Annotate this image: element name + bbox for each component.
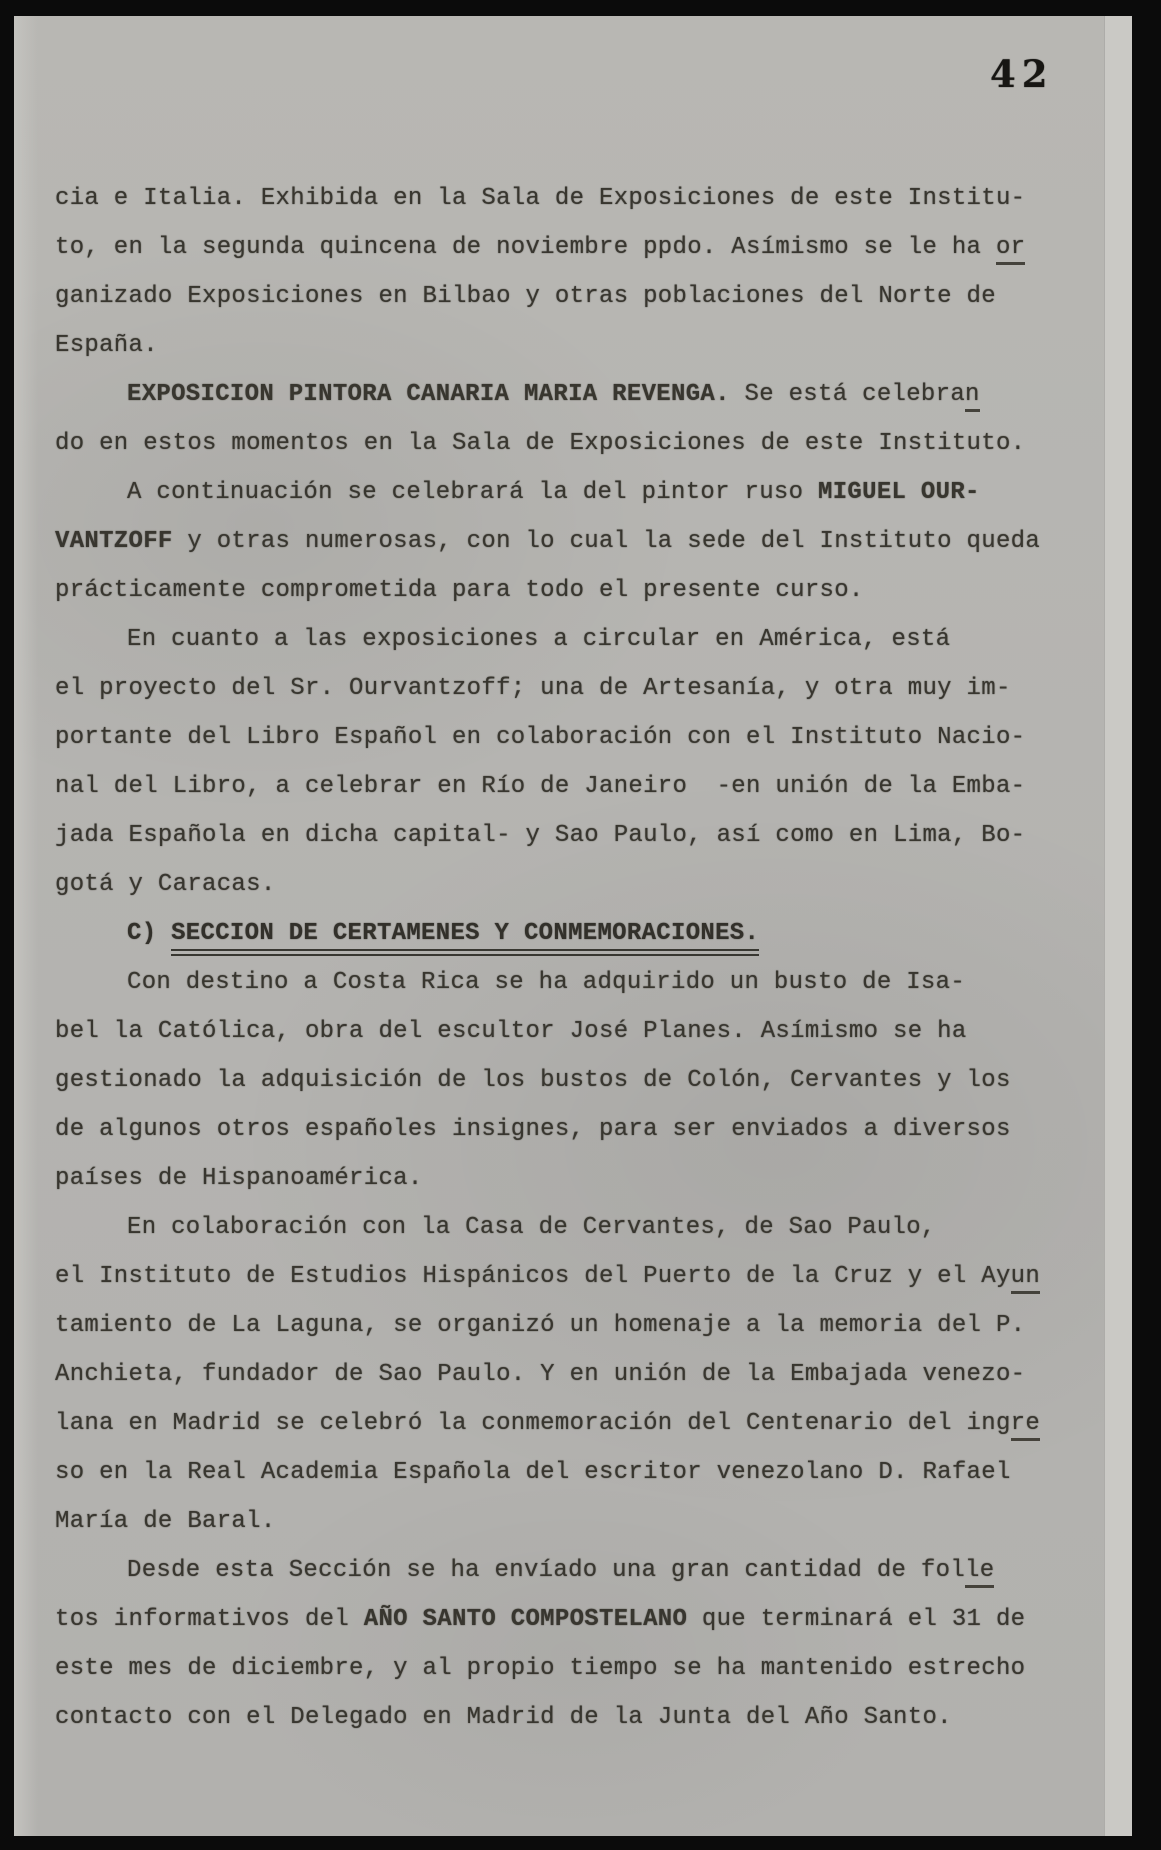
text-line: María de Baral. xyxy=(55,1497,1095,1546)
text-segment: que terminará el 31 de xyxy=(687,1606,1025,1633)
text-segment: tos informativos del xyxy=(55,1606,364,1633)
text-line: de algunos otros españoles insignes, par… xyxy=(55,1105,1095,1154)
text-segment: nal del Libro, a celebrar en Río de Jane… xyxy=(55,773,1025,800)
text-segment: n xyxy=(965,381,980,412)
text-line: so en la Real Academia Española del escr… xyxy=(55,1448,1095,1497)
text-line: nal del Libro, a celebrar en Río de Jane… xyxy=(55,762,1095,811)
text-segment: países de Hispanoamérica. xyxy=(55,1165,423,1192)
text-line: En cuanto a las exposiciones a circular … xyxy=(55,615,1095,664)
text-segment: tamiento de La Laguna, se organizó un ho… xyxy=(55,1312,1025,1339)
text-segment: ganizado Exposiciones en Bilbao y otras … xyxy=(55,283,996,310)
text-segment: so en la Real Academia Española del escr… xyxy=(55,1459,1011,1486)
text-line: España. xyxy=(55,321,1095,370)
text-line: tamiento de La Laguna, se organizó un ho… xyxy=(55,1301,1095,1350)
scan-background: { "page": { "number": "42" }, "colors": … xyxy=(0,0,1161,1850)
text-line: En colaboración con la Casa de Cervantes… xyxy=(55,1203,1095,1252)
text-segment: SECCION DE CERTAMENES Y CONMEMORACIONES. xyxy=(171,920,759,956)
text-segment: España. xyxy=(55,332,158,359)
section-heading-line: C) SECCION DE CERTAMENES Y CONMEMORACION… xyxy=(55,909,1095,958)
text-line: portante del Libro Español en colaboraci… xyxy=(55,713,1095,762)
text-segment: Se está celebra xyxy=(730,381,965,408)
text-line: to, en la segunda quincena de noviembre … xyxy=(55,223,1095,272)
text-segment: un xyxy=(1011,1263,1040,1294)
text-line: este mes de diciembre, y al propio tiemp… xyxy=(55,1644,1095,1693)
paper-right-edge xyxy=(1104,16,1132,1836)
text-line: gestionado la adquisición de los bustos … xyxy=(55,1056,1095,1105)
text-segment: el proyecto del Sr. Ourvantzoff; una de … xyxy=(55,675,1011,702)
text-segment: y otras numerosas, con lo cual la sede d… xyxy=(173,528,1040,555)
text-segment: de algunos otros españoles insignes, par… xyxy=(55,1116,1011,1143)
text-segment: to, en la segunda quincena de noviembre … xyxy=(55,234,996,261)
text-line: Desde esta Sección se ha envíado una gra… xyxy=(55,1546,1095,1595)
text-segment: AÑO SANTO COMPOSTELANO xyxy=(364,1606,687,1633)
text-line: países de Hispanoamérica. xyxy=(55,1154,1095,1203)
text-segment: Anchieta, fundador de Sao Paulo. Y en un… xyxy=(55,1361,1025,1388)
text-segment: el Instituto de Estudios Hispánicos del … xyxy=(55,1263,1011,1290)
text-line: EXPOSICION PINTORA CANARIA MARIA REVENGA… xyxy=(55,370,1095,419)
text-segment: le xyxy=(965,1557,994,1588)
text-segment: prácticamente comprometida para todo el … xyxy=(55,577,864,604)
text-segment: Con destino a Costa Rica se ha adquirido… xyxy=(127,969,965,996)
text-line: prácticamente comprometida para todo el … xyxy=(55,566,1095,615)
text-line: Con destino a Costa Rica se ha adquirido… xyxy=(55,958,1095,1007)
text-segment: lana en Madrid se celebró la conmemoraci… xyxy=(55,1410,1011,1437)
text-segment: C) xyxy=(127,920,171,947)
text-segment: gotá y Caracas. xyxy=(55,871,276,898)
text-segment: contacto con el Delegado en Madrid de la… xyxy=(55,1704,952,1731)
text-line: A continuación se celebrará la del pinto… xyxy=(55,468,1095,517)
text-line: el proyecto del Sr. Ourvantzoff; una de … xyxy=(55,664,1095,713)
text-segment: gestionado la adquisición de los bustos … xyxy=(55,1067,1011,1094)
text-segment: or xyxy=(996,234,1025,265)
text-segment: do en estos momentos en la Sala de Expos… xyxy=(55,430,1025,457)
text-segment: En cuanto a las exposiciones a circular … xyxy=(127,626,950,653)
text-line: lana en Madrid se celebró la conmemoraci… xyxy=(55,1399,1095,1448)
text-line: contacto con el Delegado en Madrid de la… xyxy=(55,1693,1095,1742)
text-segment: este mes de diciembre, y al propio tiemp… xyxy=(55,1655,1025,1682)
text-segment: portante del Libro Español en colaboraci… xyxy=(55,724,1025,751)
scanned-page: 42 cia e Italia. Exhibida en la Sala de … xyxy=(14,16,1132,1836)
text-line: Anchieta, fundador de Sao Paulo. Y en un… xyxy=(55,1350,1095,1399)
text-segment: jada Española en dicha capital- y Sao Pa… xyxy=(55,822,1025,849)
text-line: jada Española en dicha capital- y Sao Pa… xyxy=(55,811,1095,860)
text-line: cia e Italia. Exhibida en la Sala de Exp… xyxy=(55,174,1095,223)
text-segment: cia e Italia. Exhibida en la Sala de Exp… xyxy=(55,185,1025,212)
text-segment: A continuación se celebrará la del pinto… xyxy=(127,479,818,506)
text-segment: Desde esta Sección se ha envíado una gra… xyxy=(127,1557,965,1584)
text-segment: re xyxy=(1011,1410,1040,1441)
text-segment: En colaboración con la Casa de Cervantes… xyxy=(127,1214,936,1241)
text-segment: María de Baral. xyxy=(55,1508,276,1535)
text-segment: VANTZOFF xyxy=(55,528,173,555)
text-line: tos informativos del AÑO SANTO COMPOSTEL… xyxy=(55,1595,1095,1644)
text-segment: MIGUEL OUR- xyxy=(818,479,980,506)
text-line: do en estos momentos en la Sala de Expos… xyxy=(55,419,1095,468)
text-line: bel la Católica, obra del escultor José … xyxy=(55,1007,1095,1056)
text-segment: bel la Católica, obra del escultor José … xyxy=(55,1018,967,1045)
text-line: ganizado Exposiciones en Bilbao y otras … xyxy=(55,272,1095,321)
text-segment: EXPOSICION PINTORA CANARIA MARIA REVENGA… xyxy=(127,381,730,408)
text-line: VANTZOFF y otras numerosas, con lo cual … xyxy=(55,517,1095,566)
text-line: gotá y Caracas. xyxy=(55,860,1095,909)
document-lines: cia e Italia. Exhibida en la Sala de Exp… xyxy=(55,174,1095,1742)
text-line: el Instituto de Estudios Hispánicos del … xyxy=(55,1252,1095,1301)
paper-left-edge xyxy=(14,16,38,1836)
page-number: 42 xyxy=(990,52,1054,96)
